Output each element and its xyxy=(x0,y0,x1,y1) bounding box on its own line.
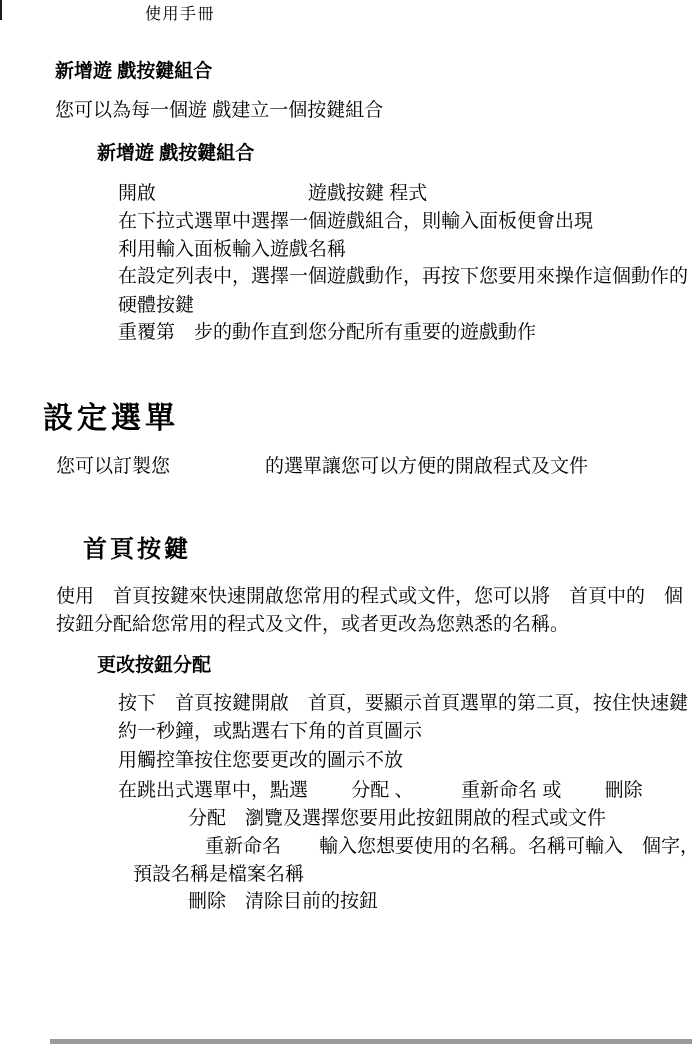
section-heading-add-game-keys: 新增遊 戲按鍵組合 xyxy=(55,62,212,83)
paragraph-game-keys-intro: 您可以為每一個遊 戲建立一個按鍵組合 xyxy=(55,101,383,122)
section-heading-home-key: 首頁按鍵 xyxy=(83,537,191,563)
paragraph-settings-intro: 您可以訂製您 的選單讓您可以方便的開啟程式及文件 xyxy=(56,457,588,478)
subsection-heading-change-button: 更改按鈕分配 xyxy=(97,656,211,677)
step-repeat: 重覆第 步的動作直到您分配所有重要的遊戲動作 xyxy=(118,323,536,344)
step-popup-menu-options: 在跳出式選單中，點選 分配 、 重新命名 或 刪除 xyxy=(118,781,643,802)
manual-page: 使用手冊 新增遊 戲按鍵組合 您可以為每一個遊 戲建立一個按鍵組合 新增遊 戲按… xyxy=(0,0,692,1045)
footer-rule xyxy=(50,1039,692,1044)
option-rename: 重新命名 輸入您想要使用的名稱。名稱可輸入 個字， xyxy=(205,837,692,858)
paragraph-home-key-line1: 使用 首頁按鍵來快速開啟您常用的程式或文件，您可以將 首頁中的 個 xyxy=(56,587,683,608)
page-header-title: 使用手冊 xyxy=(145,6,215,24)
chapter-title-settings-menu: 設定選單 xyxy=(43,402,179,435)
paragraph-home-key-line2: 按鈕分配給您常用的程式及文件，或者更改為您熟悉的名稱。 xyxy=(56,615,569,636)
option-rename-wrap: 預設名稱是檔案名稱 xyxy=(133,865,304,886)
step-select-action-wrap: 硬體按鍵 xyxy=(118,296,194,317)
subsection-heading-add-game-keys: 新增遊 戲按鍵組合 xyxy=(97,144,254,165)
step-input-game-name: 利用輸入面板輸入遊戲名稱 xyxy=(118,240,346,261)
step-press-home-key: 按下 首頁按鍵開啟 首頁，要顯示首頁選單的第二頁，按住快速鍵 xyxy=(118,694,688,715)
page-edge-mark xyxy=(0,0,2,20)
step-tap-hold-icon: 用觸控筆按住您要更改的圖示不放 xyxy=(118,751,403,772)
step-open-game-keys: 開啟 遊戲按鍵 程式 xyxy=(118,184,427,205)
option-assign: 分配 瀏覽及選擇您要用此按鈕開啟的程式或文件 xyxy=(188,809,606,830)
step-select-action: 在設定列表中，選擇一個遊戲動作，再按下您要用來操作這個動作的 xyxy=(118,267,688,288)
option-delete: 刪除 清除目前的按鈕 xyxy=(188,892,378,913)
step-press-home-key-wrap: 約一秒鐘，或點選右下角的首頁圖示 xyxy=(118,722,422,743)
step-select-game-combo: 在下拉式選單中選擇一個遊戲組合，則輸入面板便會出現 xyxy=(118,212,593,233)
